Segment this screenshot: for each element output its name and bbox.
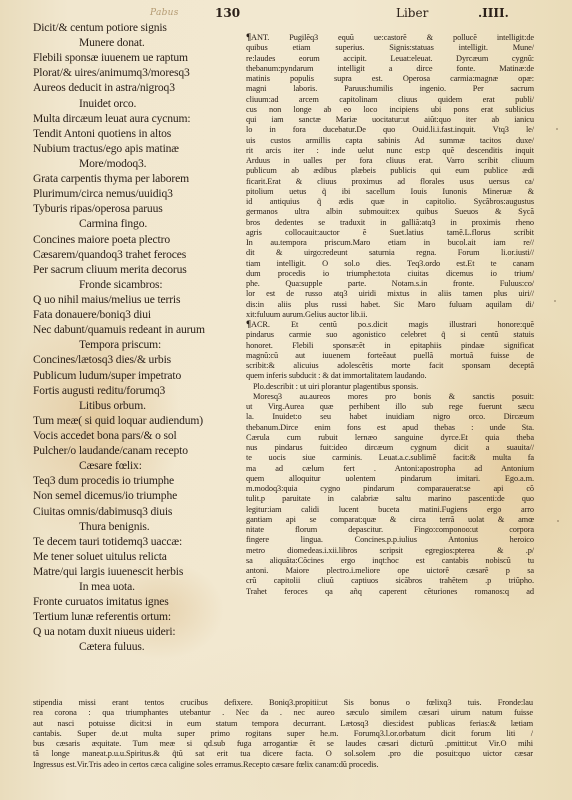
- commentary-line: magnũ:cũ aut iuuenem forteẽaut puellã mo…: [246, 351, 534, 361]
- verse-line: Cæsare fœlix:: [33, 458, 238, 473]
- commentary-line: crũ capitolii cliuũ captiuos sicãbros tr…: [246, 576, 534, 586]
- verse-line: Tum meæ( si quid loquar audiendum): [33, 413, 238, 428]
- verse-line: Aureos deducit in astra/nigroq3: [33, 80, 238, 95]
- commentary-line: uis custos armillis capta sabinis Ad sum…: [246, 136, 534, 146]
- commentary-line: tã longe maneat.p.u.u.Spiritus.& q̃tũ sa…: [33, 749, 533, 759]
- verse-line: In mea uota.: [33, 579, 238, 594]
- commentary-line: stipendia missi erant tentos crucibus de…: [33, 698, 533, 708]
- verse-line: Fortis augusti reditu/forumq3: [33, 383, 238, 398]
- verse-line: Carmina fingo.: [33, 216, 238, 231]
- commentary-line: Plo.describit : ut uiri plorantur plagen…: [246, 382, 534, 392]
- commentary-line: antoni. Maiore plectro.i.meliore ope uic…: [246, 566, 534, 576]
- paper-speck: [239, 742, 241, 744]
- verse-line: Tertium lunæ referentis ortum:: [33, 609, 238, 624]
- commentary-line: tiam intelligit. O sol.o dies. Teq3.ordo…: [246, 259, 534, 269]
- commentary-line: lo in fora ducebatur.De quo Ouid.li.i.fa…: [246, 125, 534, 135]
- commentary-line: xit:fuluum aurum.Gelius auctor lib.ii.: [246, 310, 534, 320]
- commentary-line: tulit.p paruitate in calabriæ saltu mari…: [246, 494, 534, 504]
- commentary-line: rea corona : qua triumphantes utebantur …: [33, 708, 533, 718]
- verse-line: Publicum ludum/super impetrato: [33, 368, 238, 383]
- commentary-line: germanos ultra albin submouit:ex quibus …: [246, 207, 534, 217]
- verse-line: Concines maiore poeta plectro: [33, 232, 238, 247]
- verse-column: Dicit/& centum potiore signis Munere don…: [33, 20, 238, 655]
- verse-line: Concines/lætosq3 dies/& urbis: [33, 352, 238, 367]
- commentary-line: publicum ab ædibus plæbeis publicis qui …: [246, 166, 534, 176]
- verse-line: Tempora priscum:: [33, 337, 238, 352]
- commentary-line: dis:in aliis plus russi habet. Sic Maro …: [246, 300, 534, 310]
- commentary-line: ¶ANT. Pugilẽq3 equũ ue:castorẽ & pollucẽ…: [246, 33, 534, 43]
- verse-line: Multa dircæum leuat aura cycnum:: [33, 111, 238, 126]
- bottom-commentary: stipendia missi erant tentos crucibus de…: [33, 698, 533, 770]
- commentary-line: quibus etiam superius. Signis:statuas in…: [246, 43, 534, 53]
- commentary-line: pitolium uetus q̃ ibi sacellum Iouis Iun…: [246, 187, 534, 197]
- verse-line: Fata donauere/boniq3 diui: [33, 307, 238, 322]
- commentary-line: ut Virg.Aurea quæ perhibent illo sub reg…: [246, 402, 534, 412]
- commentary-line: fingere lingua. Concines.p.p.iulius Anto…: [246, 535, 534, 545]
- commentary-line: phe. Qua:supple parte. Notam.s.in fronte…: [246, 279, 534, 289]
- commentary-line: ficarit.Erat & cliuus proximus ad floral…: [246, 177, 534, 187]
- verse-line: Teq3 dum procedis io triumphe: [33, 473, 238, 488]
- commentary-line: Trahet feroces qa añq caperent cẽturione…: [246, 587, 534, 597]
- commentary-line: magni laboris. Paruus:humilis ingenio. P…: [246, 84, 534, 94]
- commentary-line: aut nasci potuisse dicit:si in eum statu…: [33, 719, 533, 729]
- verse-line: Pulcher/o laudande/canam recepto: [33, 443, 238, 458]
- verse-line: Grata carpentis thyma per laborem: [33, 171, 238, 186]
- verse-line: More/modoq3.: [33, 156, 238, 171]
- commentary-line: id antiquius q̃ ædis quæ in capitolio. S…: [246, 197, 534, 207]
- commentary-line: matinis populis supra est. Operosa carmi…: [246, 74, 534, 84]
- commentary-line: re:laudes eorum accipit. Leuat:eleuat. D…: [246, 54, 534, 64]
- verse-line: Cætera fuluus.: [33, 639, 238, 654]
- commentary-line: metro diomedeas.i.xii.libros scripsit eg…: [246, 546, 534, 556]
- paper-speck: [554, 300, 556, 302]
- verse-line: Fronte curuatos imitatus ignes: [33, 594, 238, 609]
- commentary-line: Ingressus est.Vir.Tris adeo in certos cæ…: [33, 760, 533, 770]
- verse-line: Nec dabunt/quamuis redeant in aurum: [33, 322, 238, 337]
- commentary-line: cliuum:ad arcem capitolinam cliuus quide…: [246, 95, 534, 105]
- verse-line: Dicit/& centum potiore signis: [33, 20, 238, 35]
- commentary-line: dum procedis io triumphe:tota ciuitas di…: [246, 269, 534, 279]
- commentary-line: cus non longe ab eo loco incipiens ubi p…: [246, 105, 534, 115]
- marginal-annotation: Pabus: [150, 8, 179, 18]
- commentary-line: nus pindarus fuit:ideo dircæum cygnum di…: [246, 443, 534, 453]
- book-page: Pabus 130 Liber .IIII. Dicit/& centum po…: [0, 0, 572, 800]
- commentary-line: Moresq3 au.aureos mores pro bonis & sanc…: [246, 392, 534, 402]
- commentary-line: bros dedentes se traduxit in galliã:atq3…: [246, 218, 534, 228]
- verse-line: Inuidet orco.: [33, 96, 238, 111]
- verse-line: Plurimum/circa nemus/uuidiq3: [33, 186, 238, 201]
- commentary-line: pindarus carmie suo agonistico celebret …: [246, 330, 534, 340]
- verse-line: Q uo nihil maius/melius ue terris: [33, 292, 238, 307]
- commentary-line: quem inferis subducit : & dat immortalit…: [246, 371, 534, 381]
- commentary-line: nitate florum depascitur. Fingo:componoo…: [246, 525, 534, 535]
- commentary-line: ma ad cælum fert . Antoni:apostropha ad …: [246, 464, 534, 474]
- verse-line: Cæsarem/quandoq3 trahet feroces: [33, 247, 238, 262]
- verse-line: Ciuitas omnis/dabimusq3 diuis: [33, 504, 238, 519]
- verse-line: Q ua notam duxit niueus uideri:: [33, 624, 238, 639]
- verse-line: Litibus orbum.: [33, 398, 238, 413]
- paper-speck: [556, 128, 558, 130]
- commentary-line: scribit:& alicuius adolescẽtis morte fac…: [246, 361, 534, 371]
- commentary-line: gantiam api se comparat:quæ & circa terr…: [246, 515, 534, 525]
- running-head: Liber: [396, 6, 428, 20]
- commentary-line: legitur:iam calidi lucent buceta matini.…: [246, 505, 534, 515]
- commentary-line: te uocis siue carminis. Leuat.a.c.sublim…: [246, 453, 534, 463]
- commentary-line: cantabis. Super de.ut multa super primo …: [33, 729, 533, 739]
- commentary-line: dit & uirgo:redeunt saturnia regna. Foru…: [246, 248, 534, 258]
- verse-line: Tyburis ripas/operosa paruus: [33, 201, 238, 216]
- verse-line: Nubium tractus/ego apis matinæ: [33, 141, 238, 156]
- verse-line: Vocis accedet bona pars/& o sol: [33, 428, 238, 443]
- verse-line: Plorat/& uires/animumq3/moresq3: [33, 65, 238, 80]
- commentary-line: ¶ACR. Et centũ po.s.dicit magis illustra…: [246, 320, 534, 330]
- verse-line: Tendit Antoni quotiens in altos: [33, 126, 238, 141]
- commentary-line: qui iam sanctæ Mariæ uocitatur:ut aiũt:q…: [246, 115, 534, 125]
- verse-line: Matre/qui largis iuuenescit herbis: [33, 564, 238, 579]
- verse-line: Flebili sponsæ iuuenem ue raptum: [33, 50, 238, 65]
- verse-line: Te decem tauri totidemq3 uaccæ:: [33, 534, 238, 549]
- verse-line: Thura benignis.: [33, 519, 238, 534]
- commentary-column: ¶ANT. Pugilẽq3 equũ ue:castorẽ & pollucẽ…: [246, 33, 534, 597]
- commentary-line: In au.tempora priscum.Maro etiam in buco…: [246, 238, 534, 248]
- commentary-line: agris collocauit:auctor ẽ Suet.latius ta…: [246, 228, 534, 238]
- commentary-line: Arduus in ualles per fora cliuus erat. V…: [246, 156, 534, 166]
- commentary-line: m.modoq3:quia cygno pindarum comparauera…: [246, 484, 534, 494]
- verse-line: Munere donat.: [33, 35, 238, 50]
- commentary-line: bus cæsaris æquitate. Tum meæ si qd.sub …: [33, 739, 533, 749]
- verse-line: Non semel dicemus/io triumphe: [33, 488, 238, 503]
- commentary-line: la. Inuidet:o seu habet inuidiam nigro o…: [246, 412, 534, 422]
- commentary-line: quem alloquitur uolentem pindarum imitar…: [246, 474, 534, 484]
- commentary-line: thebanum.Dirce enim fons est apud thebas…: [246, 423, 534, 433]
- verse-line: Fronde sicambros:: [33, 277, 238, 292]
- commentary-line: thebanum:pyndarum intelligit a dirce fon…: [246, 64, 534, 74]
- verse-line: Per sacrum cliuum merita decorus: [33, 262, 238, 277]
- folio-number: 130: [215, 6, 240, 20]
- commentary-line: sa aliquãta:Cõcines ergo inqt:hoc est ca…: [246, 556, 534, 566]
- commentary-line: rit arcis iter : inde uelut nunc est:p q…: [246, 146, 534, 156]
- paper-speck: [557, 520, 559, 522]
- commentary-line: Cærula cum rubuit lernæo sanguine dyrce.…: [246, 433, 534, 443]
- book-number: .IIII.: [478, 6, 509, 20]
- commentary-line: honoret. Flebili sponsæ:ẽt in epitaphiis…: [246, 341, 534, 351]
- verse-line: Me tener soluet uitulus relicta: [33, 549, 238, 564]
- commentary-line: lor est de russo atq3 uiridi mixtus in a…: [246, 289, 534, 299]
